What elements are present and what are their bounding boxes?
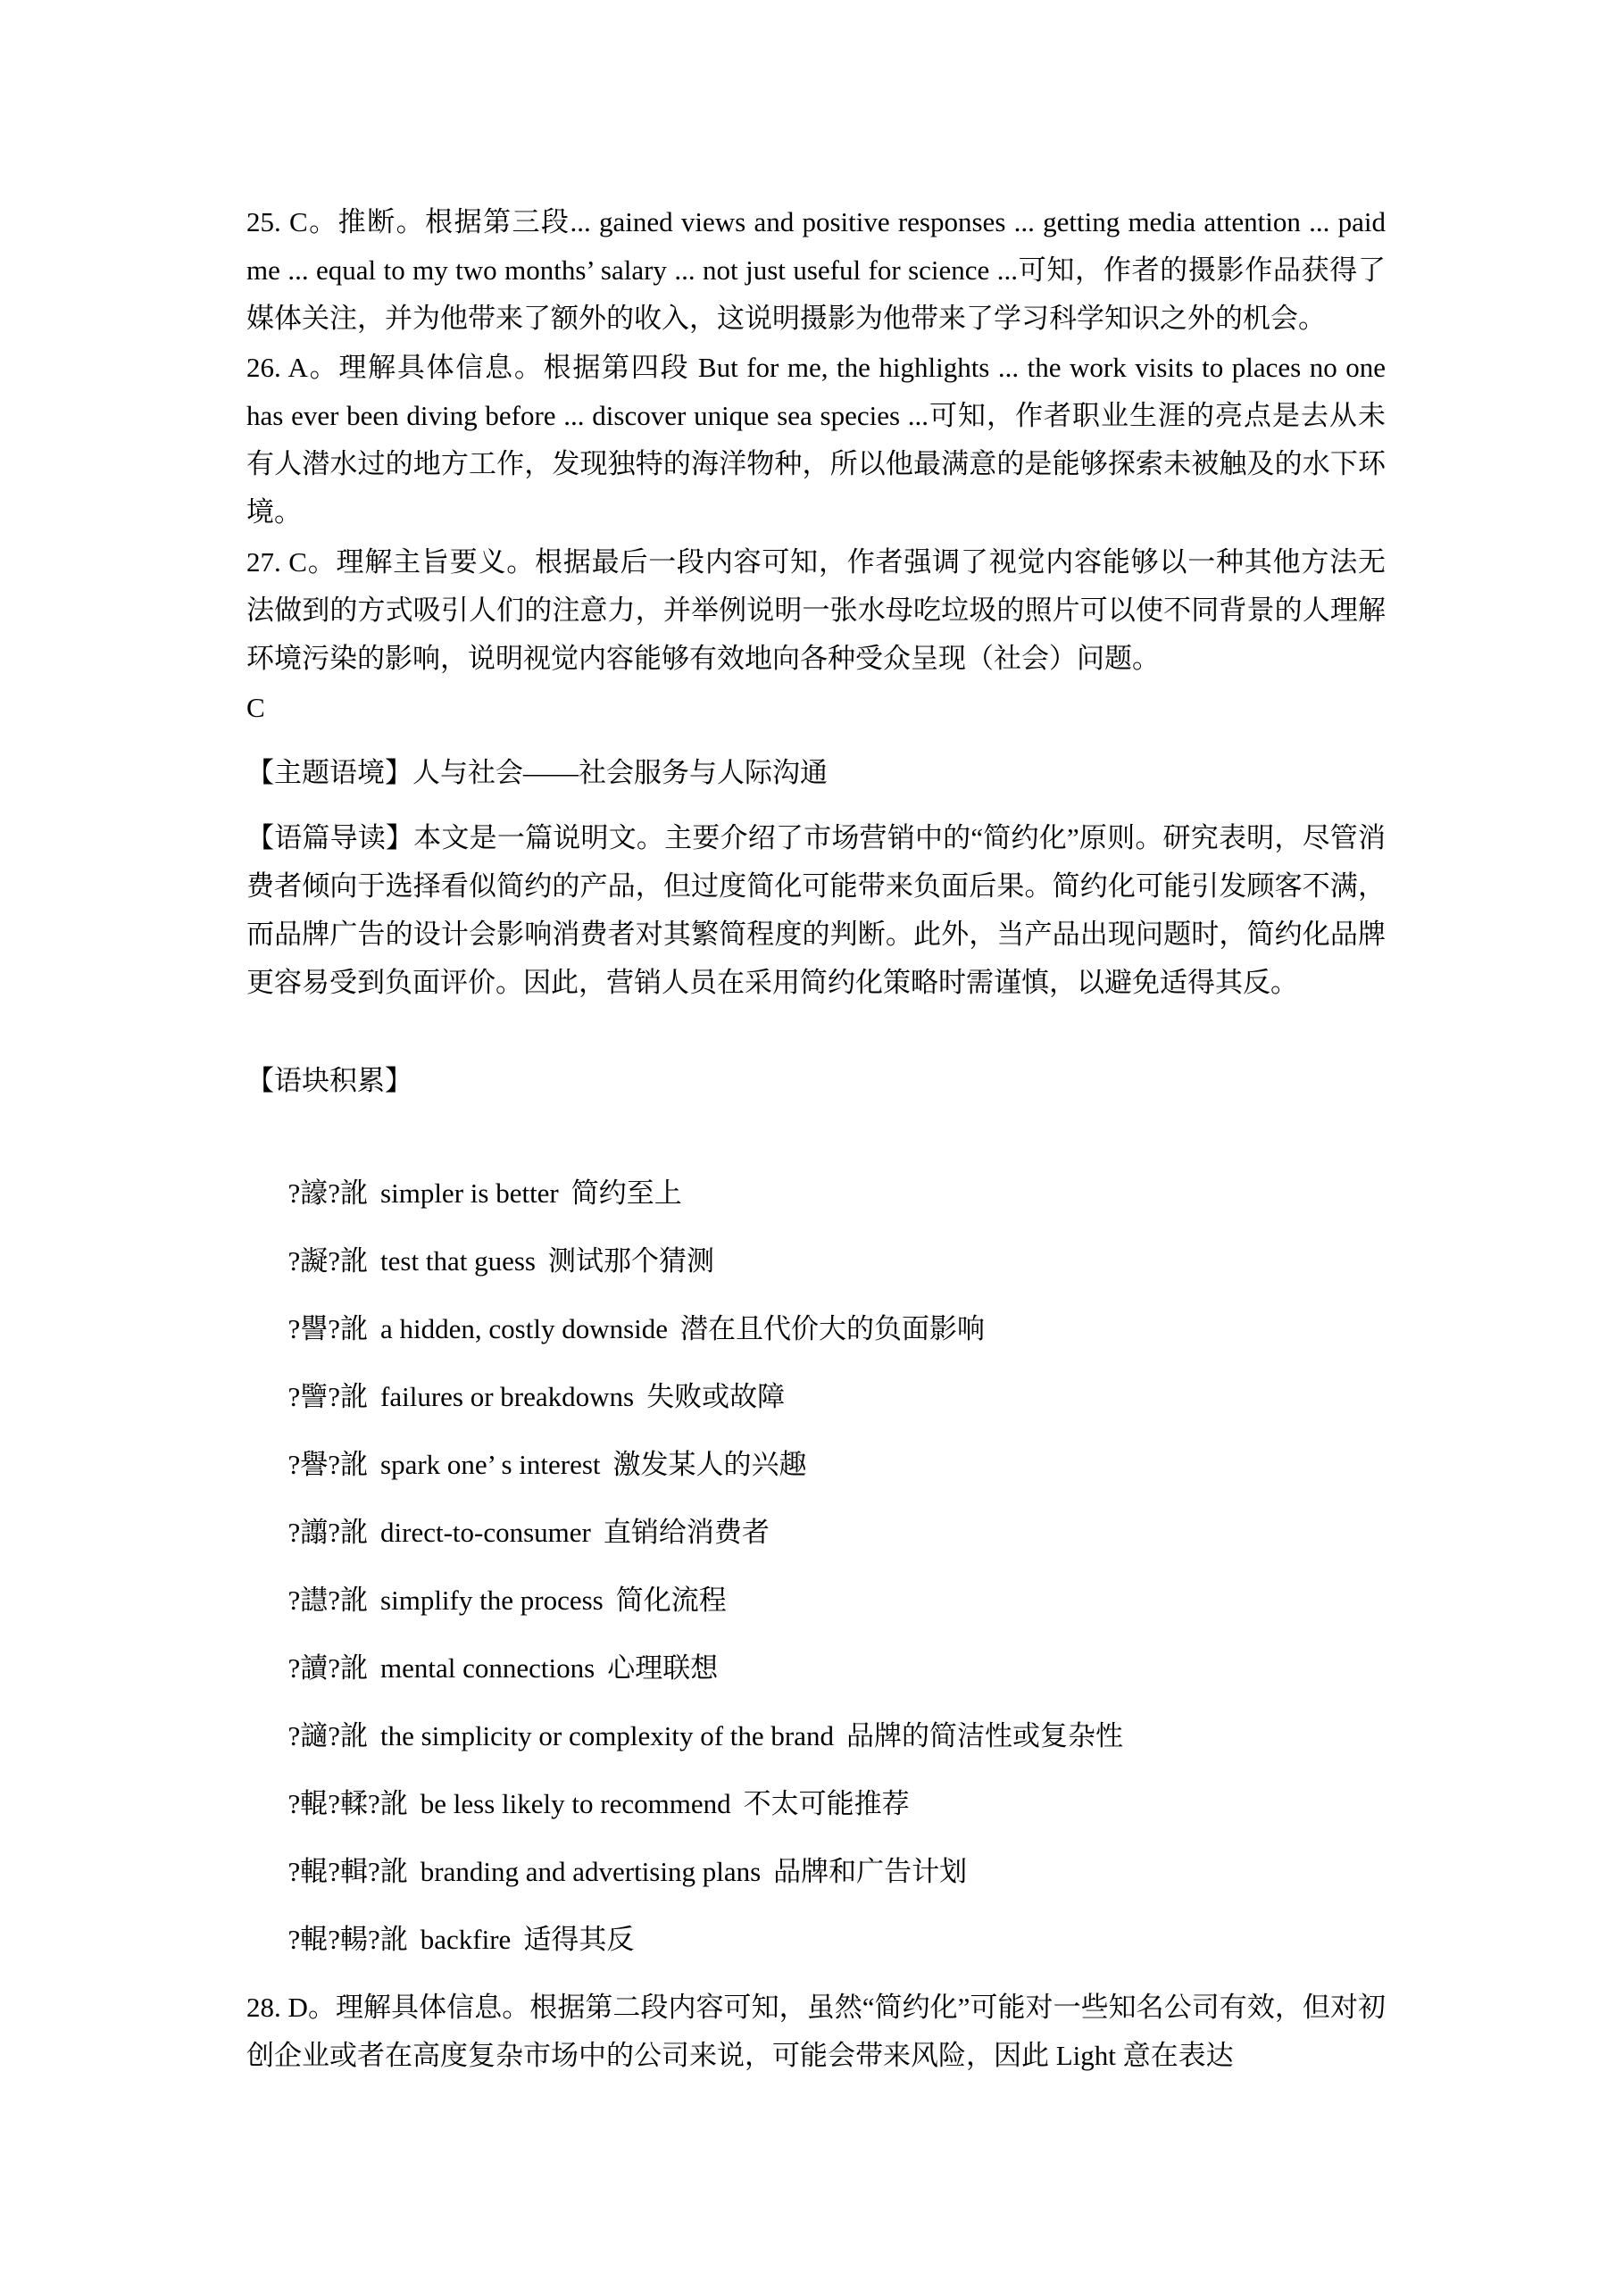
vocab-english: backfire (421, 1924, 512, 1955)
answer-26-paragraph: 26. A。理解具体信息。根据第四段 But for me, the highl… (246, 344, 1386, 537)
answer-25-paragraph: 25. C。推断。根据第三段... gained views and posit… (246, 198, 1386, 343)
answer-27-paragraph: 27. C。理解主旨要义。根据最后一段内容可知，作者强调了视觉内容能够以一种其他… (246, 538, 1386, 683)
theme-context: 【主题语境】人与社会——社会服务与人际沟通 (246, 749, 1386, 797)
answer-28-paragraph: 28. D。理解具体信息。根据第二段内容可知，虽然“简约化”可能对一些知名公司有… (246, 1984, 1386, 2080)
vocab-chinese: 品牌和广告计划 (773, 1856, 967, 1887)
section-label: C (246, 684, 1386, 732)
vocab-marker: ?輥?輰?訛 (288, 1924, 408, 1955)
vocab-heading: 【语块积累】 (246, 1057, 1386, 1105)
vocab-chinese: 适得其反 (523, 1924, 634, 1955)
reading-guide-paragraph: 【语篇导读】本文是一篇说明文。主要介绍了市场营销中的“简约化”原则。研究表明，尽… (246, 814, 1386, 1007)
